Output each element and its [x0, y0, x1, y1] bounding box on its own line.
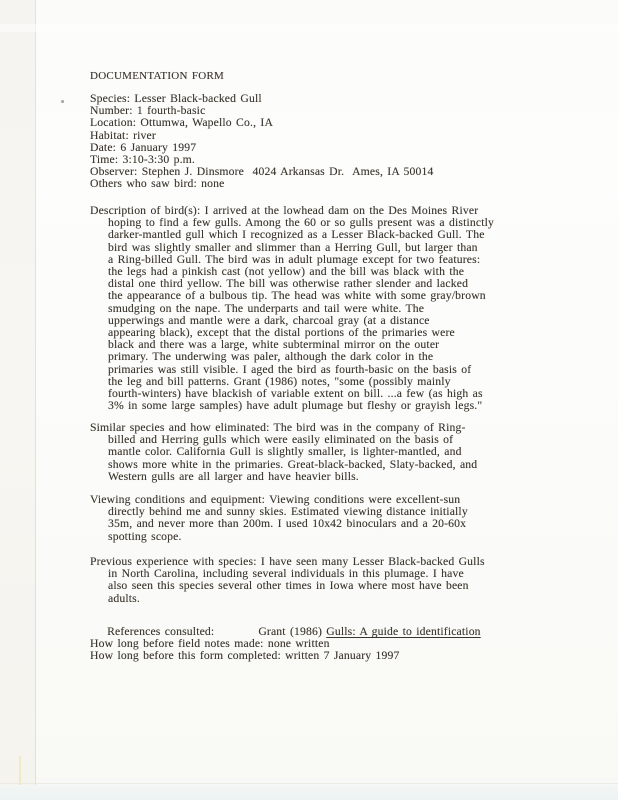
text-line: Others who saw bird: none	[90, 178, 602, 190]
text-line: Habitat: river	[90, 130, 602, 142]
stray-ink-mark	[61, 100, 64, 103]
header-fields: Species: Lesser Black-backed GullNumber:…	[90, 93, 602, 191]
scan-light-band	[0, 24, 618, 32]
description-paragraph: Description of bird(s): I arrived at the…	[90, 205, 602, 412]
text-line: also seen this species several other tim…	[108, 580, 602, 592]
paper-edge-line	[35, 0, 36, 800]
scanner-bottom-strip	[0, 785, 618, 800]
reference-citation-title: Gulls: A guide to identification	[326, 625, 480, 638]
text-line: darker-mantled gull which I recognized a…	[108, 229, 602, 241]
text-line: the appearance of a bulbous tip. The hea…	[108, 290, 602, 302]
scanned-document-page: DOCUMENTATION FORM Species: Lesser Black…	[0, 0, 618, 800]
text-line: smudging on the nape. The underparts and…	[108, 303, 602, 315]
text-line: primaries was still visible. I aged the …	[108, 364, 602, 376]
text-line: spotting scope.	[108, 531, 602, 543]
similar-species-paragraph: Similar species and how eliminated: The …	[90, 422, 602, 483]
scanner-bed-strip	[0, 0, 35, 800]
document-title: DOCUMENTATION FORM	[90, 70, 602, 82]
text-line: Western gulls are all larger and have he…	[108, 471, 602, 483]
text-line: shows more white in the primaries. Great…	[108, 459, 602, 471]
text-line: Location: Ottumwa, Wapello Co., IA	[90, 117, 602, 129]
text-line: 35m, and never more than 200m. I used 10…	[108, 518, 602, 530]
viewing-conditions-paragraph: Viewing conditions and equipment: Viewin…	[90, 494, 602, 543]
text-line: primary. The underwing was paler, althou…	[108, 351, 602, 363]
text-line: mantle color. California Gull is slightl…	[108, 446, 602, 458]
previous-experience-paragraph: Previous experience with species: I have…	[90, 556, 602, 605]
text-line: adults.	[108, 593, 602, 605]
text-line: 3% in some large samples) have adult plu…	[108, 400, 602, 412]
paper-bottom-edge-line	[0, 783, 618, 784]
text-line: How long before this form completed: wri…	[90, 650, 602, 662]
form-completion-fields: How long before field notes made: none w…	[90, 638, 602, 662]
text-line: bird was slightly smaller and slimmer th…	[108, 242, 602, 254]
